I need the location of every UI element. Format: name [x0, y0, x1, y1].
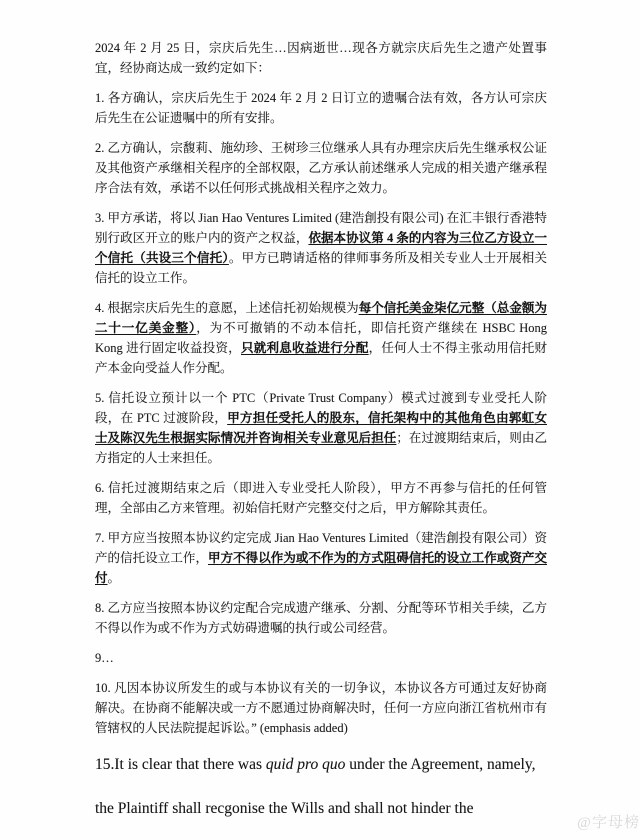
text-run: 9…	[95, 651, 114, 665]
paragraph: 7. 甲方应当按照本协议约定完成 Jian Hao Ventures Limit…	[95, 528, 547, 588]
paragraph: 1. 各方确认，宗庆后先生于 2024 年 2 月 2 日订立的遗嘱合法有效，各…	[95, 88, 547, 128]
paragraph: 9…	[95, 648, 547, 668]
text-run: 2024 年 2 月 25 日，宗庆后先生…因病逝世…现各方就宗庆后先生之遗产处…	[95, 41, 547, 75]
watermark: @字母榜	[577, 811, 640, 832]
text-run: 1. 各方确认，宗庆后先生于 2024 年 2 月 2 日订立的遗嘱合法有效，各…	[95, 91, 547, 125]
text-run: 。	[108, 571, 121, 585]
text-run: 8. 乙方应当按照本协议约定配合完成遗产继承、分割、分配等环节相关手续，乙方不得…	[95, 601, 547, 635]
text-run: 15.It is clear that there was	[95, 756, 266, 773]
legal-document-page: 2024 年 2 月 25 日，宗庆后先生…因病逝世…现各方就宗庆后先生之遗产处…	[0, 0, 640, 840]
text-run: under the Agreement, namely,	[345, 756, 535, 773]
paragraph: 3. 甲方承诺，将以 Jian Hao Ventures Limited (建浩…	[95, 208, 547, 288]
paragraph: 5. 信托设立预计以一个 PTC（Private Trust Company）模…	[95, 388, 547, 468]
paragraph: 2. 乙方确认，宗馥莉、施幼珍、王树珍三位继承人具有办理宗庆后先生继承权公证及其…	[95, 138, 547, 198]
italic-text: quid pro quo	[266, 756, 346, 773]
paragraph: 10. 凡因本协议所发生的或与本协议有关的一切争议，本协议各方可通过友好协商解决…	[95, 678, 547, 738]
paragraph: 8. 乙方应当按照本协议约定配合完成遗产继承、分割、分配等环节相关手续，乙方不得…	[95, 598, 547, 638]
text-run: 4. 根据宗庆后先生的意愿，上述信托初始规模为	[95, 301, 359, 315]
paragraph: 4. 根据宗庆后先生的意愿，上述信托初始规模为每个信托美金柒亿元整（总金额为二十…	[95, 298, 547, 378]
paragraph: the Plaintiff shall recgonise the Wills …	[95, 798, 547, 820]
text-run: 6. 信托过渡期结束之后（即进入专业受托人阶段），甲方不再参与信托的任何管理，全…	[95, 481, 547, 515]
text-run: 2. 乙方确认，宗馥莉、施幼珍、王树珍三位继承人具有办理宗庆后先生继承权公证及其…	[95, 141, 547, 195]
paragraph: 2024 年 2 月 25 日，宗庆后先生…因病逝世…现各方就宗庆后先生之遗产处…	[95, 38, 547, 78]
text-run: 10. 凡因本协议所发生的或与本协议有关的一切争议，本协议各方可通过友好协商解决…	[95, 681, 547, 735]
document-body: 2024 年 2 月 25 日，宗庆后先生…因病逝世…现各方就宗庆后先生之遗产处…	[95, 38, 547, 820]
text-run: the Plaintiff shall recgonise the Wills …	[95, 800, 473, 817]
paragraph: 6. 信托过渡期结束之后（即进入专业受托人阶段），甲方不再参与信托的任何管理，全…	[95, 478, 547, 518]
emphasized-text: 只就利息收益进行分配	[241, 341, 369, 355]
paragraph: 15.It is clear that there was quid pro q…	[95, 754, 547, 776]
